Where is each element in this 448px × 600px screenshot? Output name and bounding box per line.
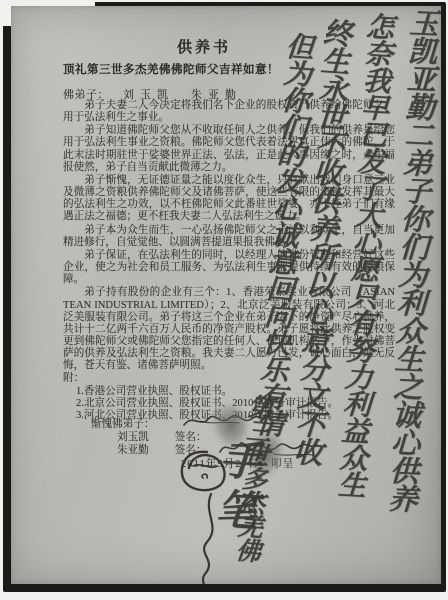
document-title: 供养书	[11, 36, 397, 57]
signer-name: 朱亚勤	[117, 445, 149, 456]
scanned-offering-letter-page: 供养书 顶礼第三世多杰羌佛佛陀师父吉祥如意！ 佛弟子：刘玉凯 朱亚勤 弟子夫妻二…	[0, 0, 448, 600]
paragraph: 弟子惭愧，无证德证量之能以度化众生，只有献出我们身口意三业及微薄之资粮供养佛陀师…	[63, 175, 395, 224]
paragraph: 弟子持有股份的企业有三个：1、香港荣泰实业有限公司（ASIAN TEAN IND…	[63, 287, 395, 372]
salutation-line: 顶礼第三世多杰羌佛佛陀师父吉祥如意！	[63, 61, 279, 77]
document-body: 弟子夫妻二人今决定将我们名下企业的股权资产供养给佛陀师父，用于弘法利生之事业。 …	[63, 100, 395, 422]
paragraph: 弟子知道佛陀师父您从不收取任何人之供养，但我们的供养是给您用于弘法利生事业之资粮…	[63, 125, 395, 174]
paragraph: 弟子本为众生而生，一心弘扬佛陀师父之正法以利众生，自当更加精进修行，自觉觉他、以…	[63, 225, 395, 249]
attachment-item: 1.香港公司营业执照、股权证书。	[76, 386, 395, 398]
buddha-monogram-signature-scribble	[173, 444, 239, 584]
paragraph: 弟子保证，在弘法利生的同时，以经理人的身份管理和经营好这些企业，使之为社会和员工…	[63, 250, 395, 286]
attachments-label: 附：	[63, 373, 395, 385]
paragraph: 弟子夫妻二人今决定将我们名下企业的股权资产供养给佛陀师父，用于弘法利生之事业。	[63, 100, 395, 124]
document-paper: 供养书 顶礼第三世多杰羌佛佛陀师父吉祥如意！ 佛弟子：刘玉凯 朱亚勤 弟子夫妻二…	[11, 6, 441, 584]
